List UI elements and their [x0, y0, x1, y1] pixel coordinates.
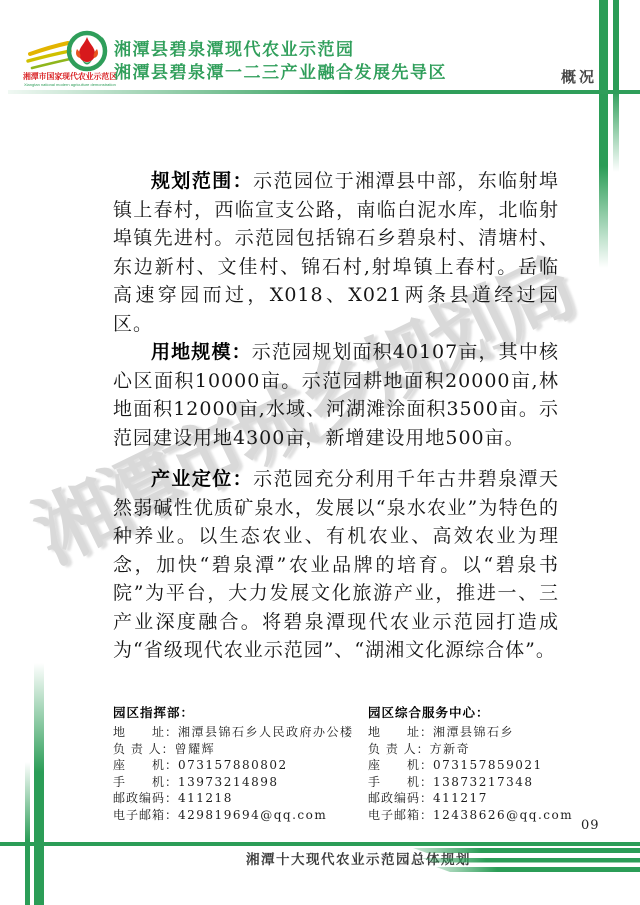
- contact-value: 411218: [178, 791, 233, 805]
- contact-value: 073157859021: [433, 758, 543, 772]
- footer-stripe-3: [436, 867, 640, 872]
- contact-row-person: 负 责 人：方新奇: [368, 741, 620, 758]
- contact-row-address: 地 址：湘潭县锦石乡人民政府办公楼: [113, 724, 365, 741]
- footer-stripe-1: [413, 848, 640, 853]
- contact-label: 电子邮箱：: [368, 807, 433, 824]
- contact-row-landline: 座 机：073157859021: [368, 757, 620, 774]
- paragraph-label: 产业定位：: [151, 468, 253, 490]
- document-page: 湘潭市国家现代农业示范区 Xiangtan national modern ag…: [0, 0, 640, 905]
- contact-label: 手 机：: [113, 774, 178, 791]
- section-label: 概况: [561, 66, 597, 87]
- contact-label: 地 址：: [113, 724, 178, 741]
- contact-value: 湘潭县锦石乡: [433, 725, 514, 739]
- paragraph-text: 示范园充分利用千年古井碧泉潭天然弱碱性优质矿泉水，发展以“泉水农业”为特色的种养…: [113, 468, 559, 661]
- left-vertical-bar-thin: [25, 762, 30, 905]
- contact-value: 12438626@qq.com: [433, 808, 573, 822]
- paragraph-industry-positioning: 产业定位：示范园充分利用千年古井碧泉潭天然弱碱性优质矿泉水，发展以“泉水农业”为…: [113, 465, 559, 665]
- paragraph-label: 规划范围：: [151, 170, 253, 192]
- contact-row-landline: 座 机：073157880802: [113, 757, 365, 774]
- contact-label: 邮政编码：: [113, 790, 178, 807]
- contact-command-headquarters: 园区指挥部： 地 址：湘潭县锦石乡人民政府办公楼 负 责 人：曾耀辉 座 机：0…: [113, 703, 365, 824]
- contact-label: 电子邮箱：: [113, 807, 178, 824]
- contact-value: 方新奇: [430, 742, 471, 756]
- contact-value: 073157880802: [178, 758, 288, 772]
- contact-value: 湘潭县锦石乡人民政府办公楼: [178, 725, 354, 739]
- contact-heading: 园区综合服务中心：: [368, 703, 620, 721]
- contact-label: 负 责 人：: [113, 741, 175, 758]
- contact-label: 座 机：: [113, 757, 178, 774]
- paragraph-land-scale: 用地规模：示范园规划面积40107亩，其中核心区面积10000亩。示范园耕地面积…: [113, 338, 559, 452]
- contact-label: 邮政编码：: [368, 790, 433, 807]
- contact-row-postcode: 邮政编码：411217: [368, 790, 620, 807]
- contact-value: 13873217348: [433, 775, 533, 789]
- contact-row-email: 电子邮箱：12438626@qq.com: [368, 807, 620, 824]
- logo-caption-en: Xiangtan national modern agriculture dem…: [24, 82, 116, 87]
- paragraph-text: 示范园位于湘潭县中部，东临射埠镇上春村，西临宣支公路，南临白泥水库，北临射埠镇先…: [113, 170, 559, 335]
- contact-label: 负 责 人：: [368, 741, 430, 758]
- footer-rule: [0, 842, 640, 846]
- contact-row-mobile: 手 机：13873217348: [368, 774, 620, 791]
- contact-row-email: 电子邮箱：429819694@qq.com: [113, 807, 365, 824]
- header-rule: [8, 90, 640, 94]
- header-title-line2: 湘潭县碧泉潭一二三产业融合发展先导区: [114, 58, 447, 83]
- contact-service-center: 园区综合服务中心： 地 址：湘潭县锦石乡 负 责 人：方新奇 座 机：07315…: [368, 703, 620, 824]
- contact-row-address: 地 址：湘潭县锦石乡: [368, 724, 620, 741]
- contact-label: 地 址：: [368, 724, 433, 741]
- contact-label: 座 机：: [368, 757, 433, 774]
- right-vertical-bar-thin: [613, 0, 619, 172]
- contact-value: 曾耀辉: [175, 742, 216, 756]
- paragraph-planning-scope: 规划范围：示范园位于湘潭县中部，东临射埠镇上春村，西临宣支公路，南临白泥水库，北…: [113, 167, 559, 338]
- left-vertical-bar-thick: [34, 663, 44, 905]
- contact-heading: 园区指挥部：: [113, 703, 365, 721]
- contact-value: 13973214898: [178, 775, 278, 789]
- footer-stripe-2: [420, 858, 640, 863]
- contact-row-person: 负 责 人：曾耀辉: [113, 741, 365, 758]
- contact-value: 411217: [433, 791, 488, 805]
- contact-label: 手 机：: [368, 774, 433, 791]
- header-title-line1: 湘潭县碧泉潭现代农业示范园: [114, 35, 355, 60]
- contact-row-postcode: 邮政编码：411218: [113, 790, 365, 807]
- contact-row-mobile: 手 机：13973214898: [113, 774, 365, 791]
- logo-caption: 湘潭市国家现代农业示范区: [23, 71, 117, 82]
- contact-value: 429819694@qq.com: [178, 808, 327, 822]
- paragraph-label: 用地规模：: [151, 341, 252, 363]
- body-text: 规划范围：示范园位于湘潭县中部，东临射埠镇上春村，西临宣支公路，南临白泥水库，北…: [113, 167, 559, 665]
